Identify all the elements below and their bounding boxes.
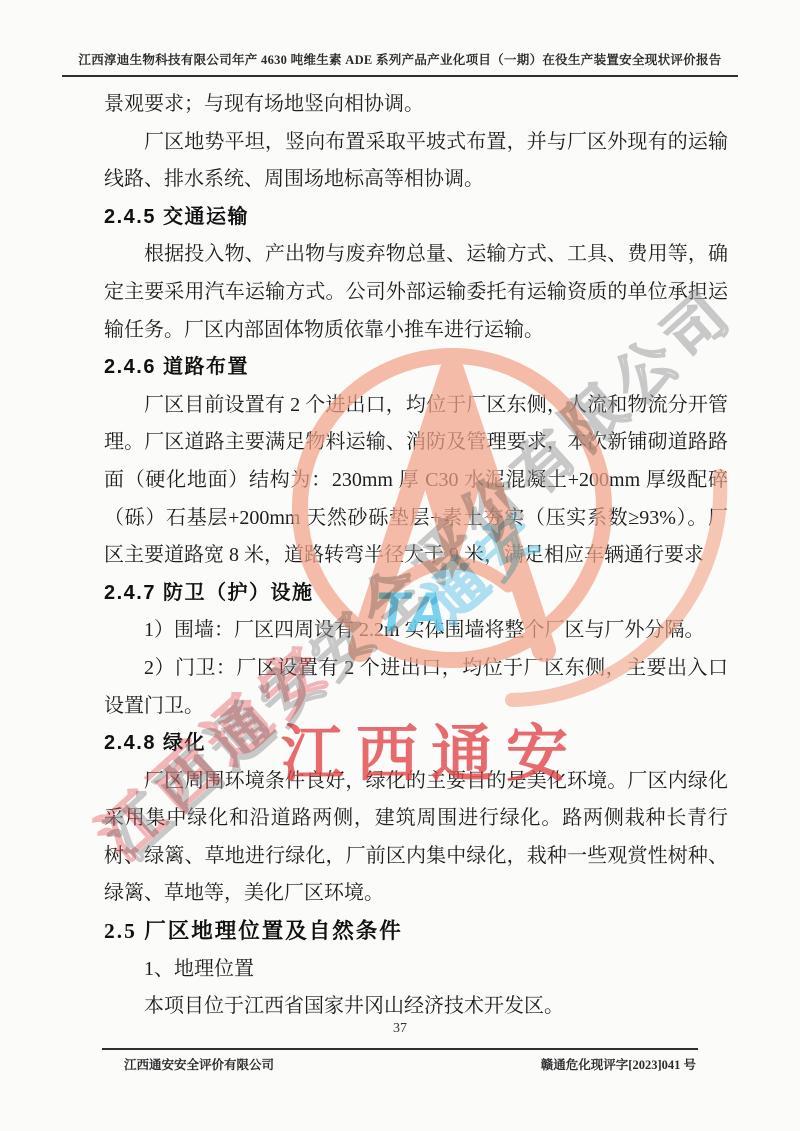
page-number: 37 (0, 1021, 800, 1037)
body-paragraph: 根据投入物、产出物与废弃物总量、运输方式、工具、费用等，确定主要采用汽车运输方式… (104, 236, 728, 349)
footer: 江西通安安全评价有限公司 赣通危化现评字[2023]041 号 (102, 1053, 698, 1073)
body-paragraph: 1、地理位置 (104, 951, 728, 989)
document-body: 景观要求；与现有场地竖向相协调。 厂区地势平坦，竖向布置采取平坡式布置，并与厂区… (104, 86, 728, 1026)
footer-doc-number: 赣通危化现评字[2023]041 号 (541, 1055, 696, 1073)
body-paragraph: 景观要求；与现有场地竖向相协调。 (104, 86, 728, 124)
section-heading-2-4-7: 2.4.7 防卫（护）设施 (104, 575, 728, 613)
report-header-title: 江西淳迪生物科技有限公司年产 4630 吨维生素 ADE 系列产品产业化项目（一… (62, 50, 738, 77)
section-heading-2-4-6: 2.4.6 道路布置 (104, 349, 728, 387)
body-paragraph: 厂区地势平坦，竖向布置采取平坡式布置，并与厂区外现有的运输线路、排水系统、周围场… (104, 124, 728, 199)
body-paragraph: 1）围墙：厂区四周设有 2.2m 实体围墙将整个厂区与厂外分隔。 (104, 612, 728, 650)
document-page: 江西淳迪生物科技有限公司年产 4630 吨维生素 ADE 系列产品产业化项目（一… (0, 0, 800, 1131)
body-paragraph: 2）门卫：厂区设置有 2 个进出口，均位于厂区东侧，主要出入口设置门卫。 (104, 650, 728, 725)
section-heading-2-4-5: 2.4.5 交通运输 (104, 199, 728, 237)
body-paragraph: 厂区目前设置有 2 个进出口，均位于厂区东侧，人流和物流分开管理。厂区道路主要满… (104, 387, 728, 575)
section-heading-2-5: 2.5 厂区地理位置及自然条件 (104, 913, 728, 951)
footer-company: 江西通安安全评价有限公司 (124, 1055, 274, 1073)
section-heading-2-4-8: 2.4.8 绿化 (104, 725, 728, 763)
body-paragraph: 厂区周围环境条件良好，绿化的主要目的是美化环境。厂区内绿化采用集中绿化和沿道路两… (104, 763, 728, 913)
footer-divider (102, 1048, 698, 1050)
